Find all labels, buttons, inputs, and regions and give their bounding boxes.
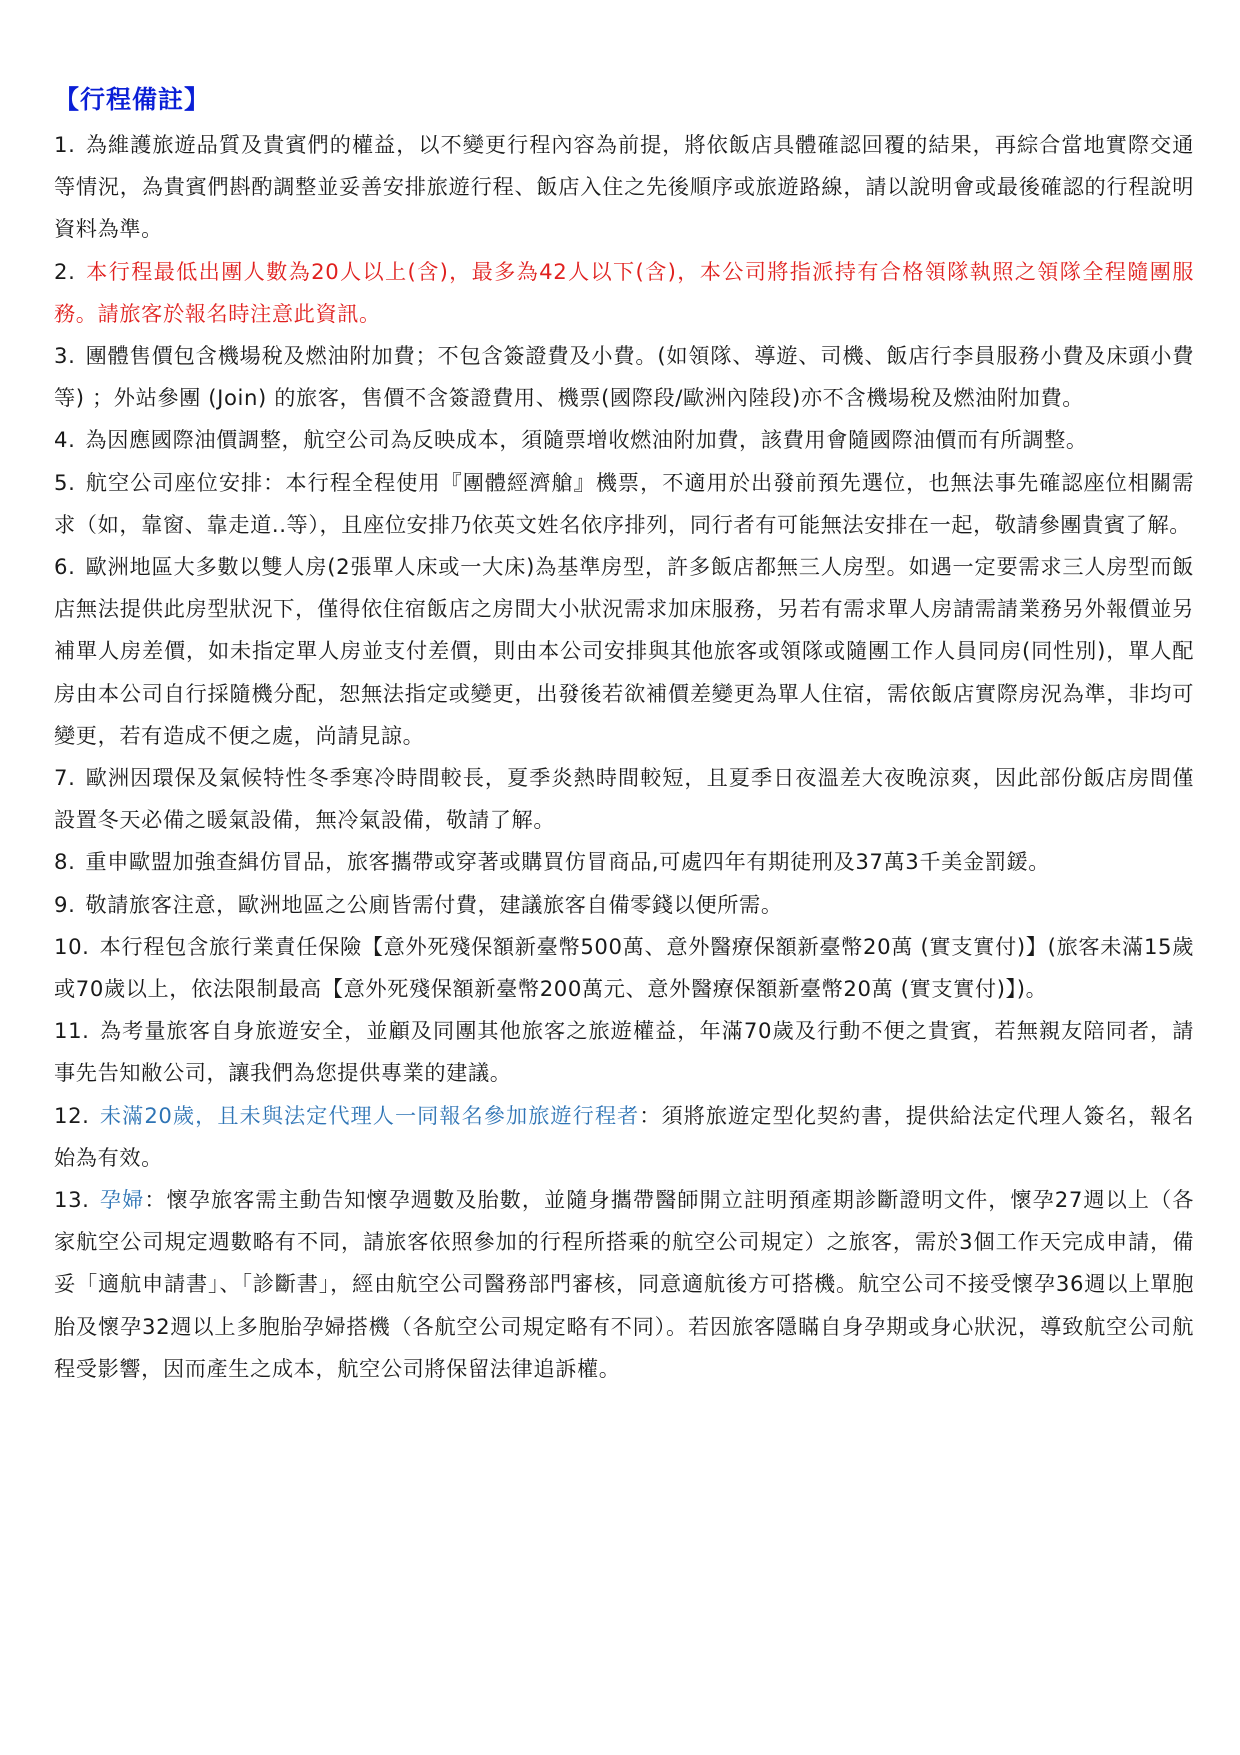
note-text: 為因應國際油價調整，航空公司為反映成本，須隨票增收燃油附加費，該費用會隨國際油價… [85, 427, 1087, 452]
note-text: 重申歐盟加強查緝仿冒品，旅客攜帶或穿著或購買仿冒商品,可處四年有期徒刑及37萬3… [85, 849, 1050, 874]
note-text: 歐洲地區大多數以雙人房(2張單人床或一大床)為基準房型，許多飯店都無三人房型。如… [54, 554, 1194, 748]
note-number: 2. [54, 259, 75, 284]
note-item-9: 9.敬請旅客注意，歐洲地區之公廁皆需付費，建議旅客自備零錢以便所需。 [54, 884, 1194, 926]
note-number: 10. [54, 934, 90, 959]
note-number: 8. [54, 849, 75, 874]
note-number: 6. [54, 554, 75, 579]
note-warning-text: 本行程最低出團人數為20人以上(含)，最多為42人以下(含)，本公司將指派持有合… [54, 259, 1194, 326]
note-text: 為考量旅客自身旅遊安全，並顧及同團其他旅客之旅遊權益，年滿70歲及行動不便之貴賓… [54, 1018, 1194, 1085]
note-highlight-text: 未滿20歲，且未與法定代理人一同報名參加旅遊行程者 [100, 1103, 640, 1128]
note-text: 團體售價包含機場稅及燃油附加費；不包含簽證費及小費。(如領隊、導遊、司機、飯店行… [54, 343, 1194, 410]
note-text: 為維護旅遊品質及貴賓們的權益，以不變更行程內容為前提，將依飯店具體確認回覆的結果… [54, 132, 1194, 241]
note-item-10: 10.本行程包含旅行業責任保險【意外死殘保額新臺幣500萬、意外醫療保額新臺幣2… [54, 926, 1194, 1010]
section-title: 【行程備註】 [54, 80, 1194, 120]
note-item-5: 5.航空公司座位安排：本行程全程使用『團體經濟艙』機票，不適用於出發前預先選位，… [54, 462, 1194, 546]
note-number: 3. [54, 343, 75, 368]
note-number: 12. [54, 1103, 90, 1128]
note-item-8: 8.重申歐盟加強查緝仿冒品，旅客攜帶或穿著或購買仿冒商品,可處四年有期徒刑及37… [54, 841, 1194, 883]
note-number: 1. [54, 132, 75, 157]
note-item-6: 6.歐洲地區大多數以雙人房(2張單人床或一大床)為基準房型，許多飯店都無三人房型… [54, 546, 1194, 757]
note-highlight-text: 孕婦 [100, 1187, 145, 1212]
note-text: 本行程包含旅行業責任保險【意外死殘保額新臺幣500萬、意外醫療保額新臺幣20萬 … [54, 934, 1194, 1001]
note-item-3: 3.團體售價包含機場稅及燃油附加費；不包含簽證費及小費。(如領隊、導遊、司機、飯… [54, 335, 1194, 419]
note-number: 4. [54, 427, 75, 452]
note-item-12: 12.未滿20歲，且未與法定代理人一同報名參加旅遊行程者：須將旅遊定型化契約書，… [54, 1095, 1194, 1179]
note-text: 敬請旅客注意，歐洲地區之公廁皆需付費，建議旅客自備零錢以便所需。 [85, 892, 782, 917]
note-item-7: 7.歐洲因環保及氣候特性冬季寒冷時間較長，夏季炎熱時間較短，且夏季日夜溫差大夜晚… [54, 757, 1194, 841]
notes-list: 1.為維護旅遊品質及貴賓們的權益，以不變更行程內容為前提，將依飯店具體確認回覆的… [54, 124, 1194, 1390]
note-text: 航空公司座位安排：本行程全程使用『團體經濟艙』機票，不適用於出發前預先選位，也無… [54, 470, 1194, 537]
note-number: 13. [54, 1187, 90, 1212]
note-number: 7. [54, 765, 75, 790]
itinerary-notes-page: 【行程備註】 1.為維護旅遊品質及貴賓們的權益，以不變更行程內容為前提，將依飯店… [54, 80, 1194, 1390]
note-item-4: 4.為因應國際油價調整，航空公司為反映成本，須隨票增收燃油附加費，該費用會隨國際… [54, 419, 1194, 461]
note-text: 歐洲因環保及氣候特性冬季寒冷時間較長，夏季炎熱時間較短，且夏季日夜溫差大夜晚涼爽… [54, 765, 1194, 832]
note-number: 11. [54, 1018, 90, 1043]
note-item-13: 13.孕婦：懷孕旅客需主動告知懷孕週數及胎數，並隨身攜帶醫師開立註明預產期診斷證… [54, 1179, 1194, 1390]
note-item-1: 1.為維護旅遊品質及貴賓們的權益，以不變更行程內容為前提，將依飯店具體確認回覆的… [54, 124, 1194, 251]
note-item-2: 2.本行程最低出團人數為20人以上(含)，最多為42人以下(含)，本公司將指派持… [54, 251, 1194, 335]
note-item-11: 11.為考量旅客自身旅遊安全，並顧及同團其他旅客之旅遊權益，年滿70歲及行動不便… [54, 1010, 1194, 1094]
note-number: 5. [54, 470, 75, 495]
note-text: ：懷孕旅客需主動告知懷孕週數及胎數，並隨身攜帶醫師開立註明預產期診斷證明文件，懷… [54, 1187, 1194, 1381]
note-number: 9. [54, 892, 75, 917]
